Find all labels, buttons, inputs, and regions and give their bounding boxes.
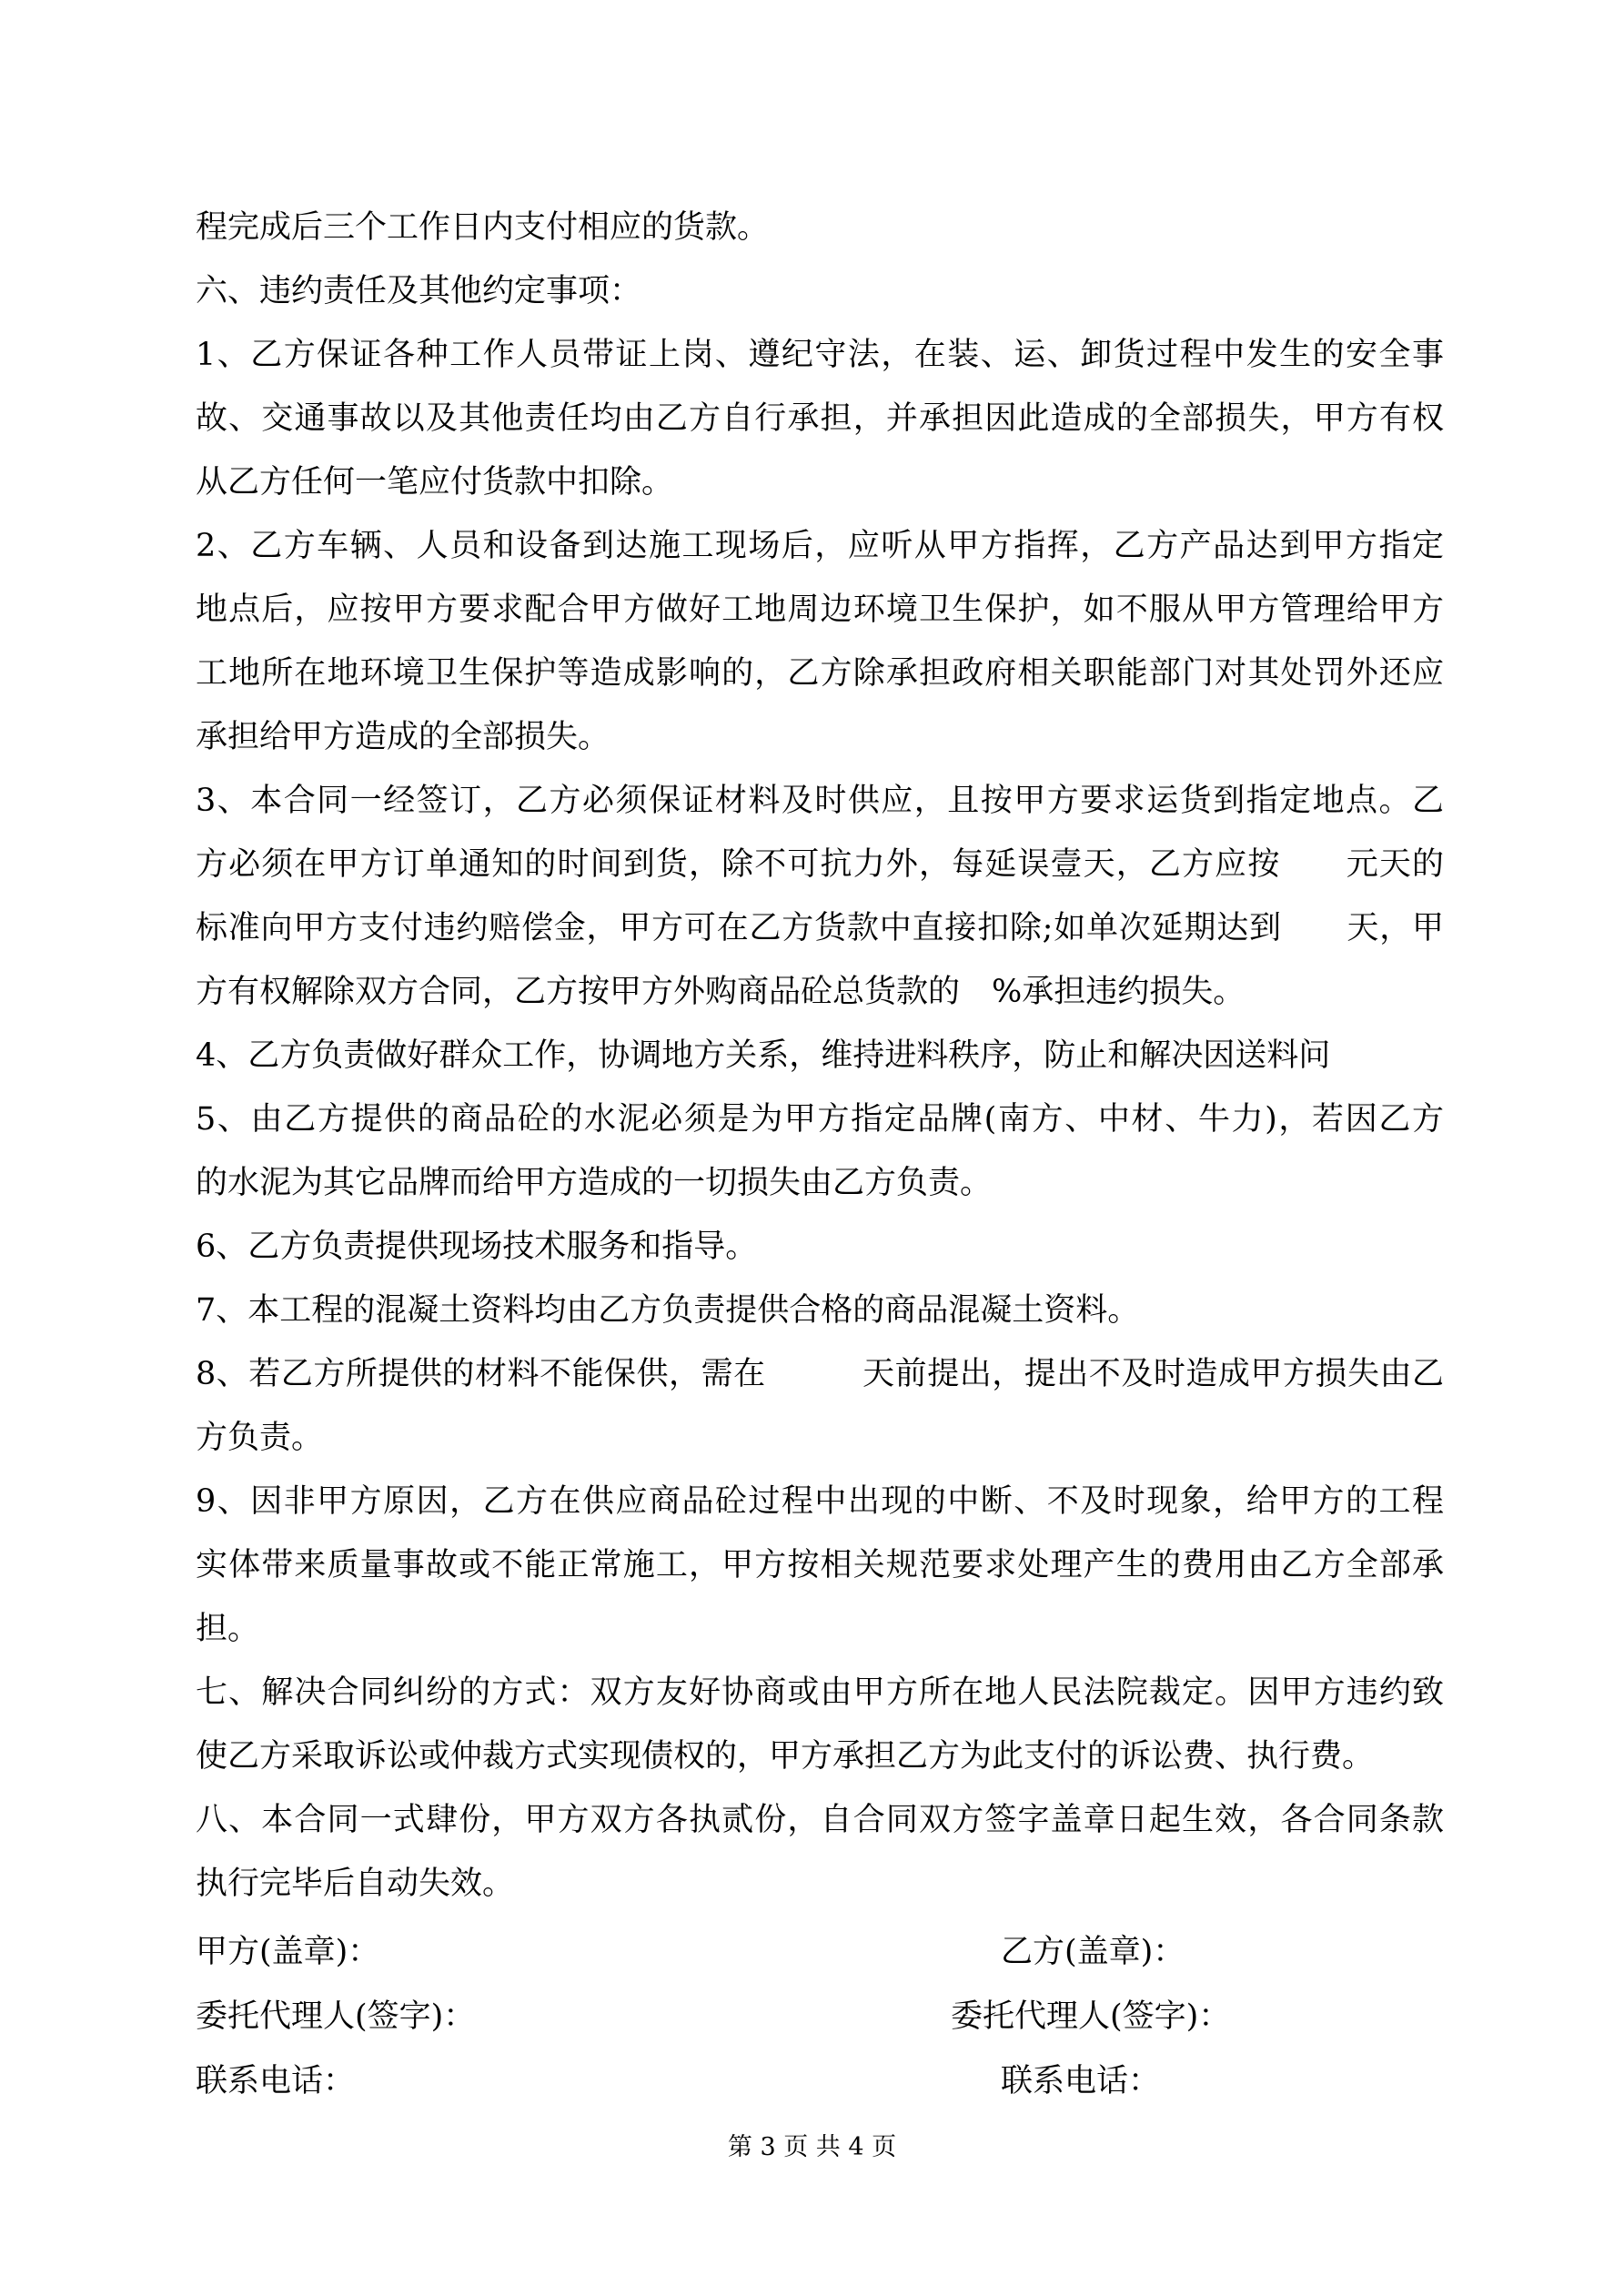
paragraph: 7、本工程的混凝土资料均由乙方负责提供合格的商品混凝土资料。 bbox=[196, 1279, 1444, 1342]
party-b-agent-signature-label: 委托代理人(签字)： bbox=[951, 1985, 1230, 2049]
paragraph: 9、因非甲方原因，乙方在供应商品砼过程中出现的中断、不及时现象，给甲方的工程实体… bbox=[196, 1470, 1444, 1661]
paragraph: 4、乙方负责做好群众工作，协调地方关系，维持进料秩序，防止和解决因送料问 bbox=[196, 1024, 1444, 1087]
text-line: 担。 bbox=[196, 1597, 1444, 1661]
paragraph: 3、本合同一经签订，乙方必须保证材料及时供应，且按甲方要求运货到指定地点。乙方必… bbox=[196, 769, 1444, 1024]
text-line: 工地所在地环境卫生保护等造成影响的，乙方除承担政府相关职能部门对其处罚外还应 bbox=[196, 642, 1444, 705]
text-line: 方必须在甲方订单通知的时间到货，除不可抗力外，每延误壹天，乙方应按 元天的 bbox=[196, 833, 1444, 896]
signature-block: 甲方(盖章)： 乙方(盖章)： 委托代理人(签字)： 委托代理人(签字)： 联系… bbox=[196, 1920, 1444, 2114]
text-line: 2、乙方车辆、人员和设备到达施工现场后，应听从甲方指挥，乙方产品达到甲方指定 bbox=[196, 514, 1444, 578]
text-line: 8、若乙方所提供的材料不能保供，需在 天前提出，提出不及时造成甲方损失由乙 bbox=[196, 1342, 1444, 1406]
text-line: 六、违约责任及其他约定事项： bbox=[196, 259, 1444, 323]
text-line: 3、本合同一经签订，乙方必须保证材料及时供应，且按甲方要求运货到指定地点。乙 bbox=[196, 769, 1444, 833]
document-body: 程完成后三个工作日内支付相应的货款。六、违约责任及其他约定事项：1、乙方保证各种… bbox=[196, 196, 1444, 1916]
text-line: 八、本合同一式肆份，甲方双方各执贰份，自合同双方签字盖章日起生效，各合同条款 bbox=[196, 1788, 1444, 1852]
text-line: 1、乙方保证各种工作人员带证上岗、遵纪守法，在装、运、卸货过程中发生的安全事 bbox=[196, 323, 1444, 387]
contract-page: 程完成后三个工作日内支付相应的货款。六、违约责任及其他约定事项：1、乙方保证各种… bbox=[0, 0, 1624, 2296]
signature-row-seal: 甲方(盖章)： 乙方(盖章)： bbox=[196, 1920, 1444, 1985]
paragraph: 程完成后三个工作日内支付相应的货款。 bbox=[196, 196, 1444, 259]
signature-row-phone: 联系电话： 联系电话： bbox=[196, 2049, 1444, 2114]
party-a-phone-label: 联系电话： bbox=[196, 2063, 355, 2099]
text-line: 9、因非甲方原因，乙方在供应商品砼过程中出现的中断、不及时现象，给甲方的工程 bbox=[196, 1470, 1444, 1533]
text-line: 使乙方采取诉讼或仲裁方式实现债权的，甲方承担乙方为此支付的诉讼费、执行费。 bbox=[196, 1725, 1444, 1788]
text-line: 6、乙方负责提供现场技术服务和指导。 bbox=[196, 1215, 1444, 1279]
page-number: 第 3 页 共 4 页 bbox=[0, 2129, 1624, 2166]
text-line: 承担给甲方造成的全部损失。 bbox=[196, 705, 1444, 769]
paragraph: 六、违约责任及其他约定事项： bbox=[196, 259, 1444, 323]
text-line: 从乙方任何一笔应付货款中扣除。 bbox=[196, 450, 1444, 514]
text-line: 执行完毕后自动失效。 bbox=[196, 1852, 1444, 1916]
text-line: 方负责。 bbox=[196, 1406, 1444, 1470]
document-content: 程完成后三个工作日内支付相应的货款。六、违约责任及其他约定事项：1、乙方保证各种… bbox=[196, 196, 1444, 2114]
paragraph: 8、若乙方所提供的材料不能保供，需在 天前提出，提出不及时造成甲方损失由乙方负责… bbox=[196, 1342, 1444, 1470]
paragraph: 1、乙方保证各种工作人员带证上岗、遵纪守法，在装、运、卸货过程中发生的安全事故、… bbox=[196, 323, 1444, 514]
paragraph: 2、乙方车辆、人员和设备到达施工现场后，应听从甲方指挥，乙方产品达到甲方指定地点… bbox=[196, 514, 1444, 769]
signature-row-agent: 委托代理人(签字)： 委托代理人(签字)： bbox=[196, 1985, 1444, 2049]
text-line: 地点后，应按甲方要求配合甲方做好工地周边环境卫生保护，如不服从甲方管理给甲方 bbox=[196, 578, 1444, 642]
text-line: 4、乙方负责做好群众工作，协调地方关系，维持进料秩序，防止和解决因送料问 bbox=[196, 1024, 1444, 1087]
text-line: 实体带来质量事故或不能正常施工，甲方按相关规范要求处理产生的费用由乙方全部承 bbox=[196, 1533, 1444, 1597]
text-line: 七、解决合同纠纷的方式：双方友好协商或由甲方所在地人民法院裁定。因甲方违约致 bbox=[196, 1661, 1444, 1725]
party-a-seal-label: 甲方(盖章)： bbox=[196, 1934, 379, 1970]
text-line: 的水泥为其它品牌而给甲方造成的一切损失由乙方负责。 bbox=[196, 1151, 1444, 1215]
party-b-phone-label: 联系电话： bbox=[1001, 2049, 1160, 2114]
text-line: 标准向甲方支付违约赔偿金，甲方可在乙方货款中直接扣除;如单次延期达到 天，甲 bbox=[196, 896, 1444, 960]
text-line: 7、本工程的混凝土资料均由乙方负责提供合格的商品混凝土资料。 bbox=[196, 1279, 1444, 1342]
party-b-seal-label: 乙方(盖章)： bbox=[1001, 1920, 1185, 1985]
text-line: 5、由乙方提供的商品砼的水泥必须是为甲方指定品牌(南方、中材、牛力)，若因乙方 bbox=[196, 1087, 1444, 1151]
text-line: 程完成后三个工作日内支付相应的货款。 bbox=[196, 196, 1444, 259]
paragraph: 6、乙方负责提供现场技术服务和指导。 bbox=[196, 1215, 1444, 1279]
paragraph: 八、本合同一式肆份，甲方双方各执贰份，自合同双方签字盖章日起生效，各合同条款执行… bbox=[196, 1788, 1444, 1916]
party-a-agent-signature-label: 委托代理人(签字)： bbox=[196, 1998, 475, 2035]
text-line: 故、交通事故以及其他责任均由乙方自行承担，并承担因此造成的全部损失，甲方有权 bbox=[196, 387, 1444, 450]
paragraph: 5、由乙方提供的商品砼的水泥必须是为甲方指定品牌(南方、中材、牛力)，若因乙方的… bbox=[196, 1087, 1444, 1215]
paragraph: 七、解决合同纠纷的方式：双方友好协商或由甲方所在地人民法院裁定。因甲方违约致使乙… bbox=[196, 1661, 1444, 1788]
text-line: 方有权解除双方合同，乙方按甲方外购商品砼总货款的 %承担违约损失。 bbox=[196, 960, 1444, 1024]
